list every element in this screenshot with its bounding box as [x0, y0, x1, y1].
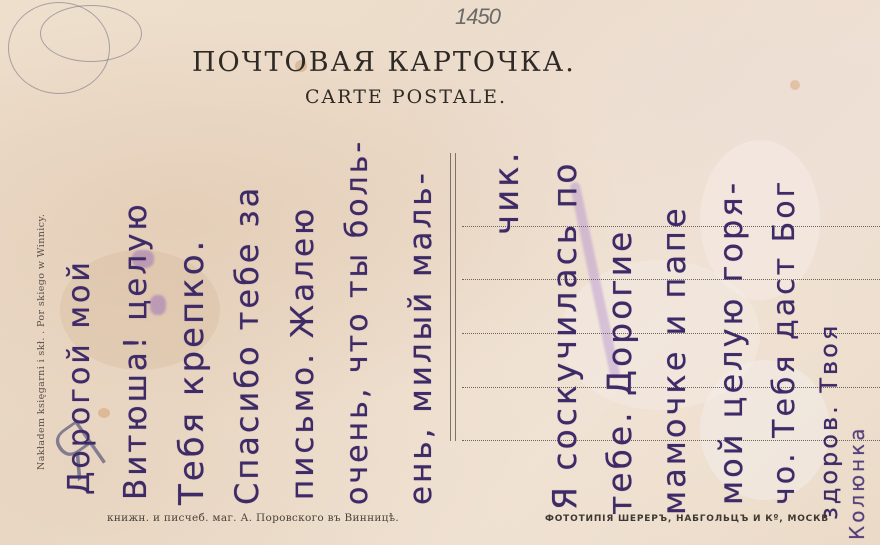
- postcard: Я 1450 ПОЧТОВАЯ КАРТОЧКА. CARTE POSTALE.…: [0, 0, 880, 545]
- handwriting-line: Витюша! целую: [118, 201, 154, 500]
- publisher-imprint: книжн. и писчеб. маг. А. Поровского въ В…: [107, 512, 399, 524]
- handwriting-line: Колюнка: [845, 426, 869, 540]
- side-imprint: Nakładem księgarni i skł. . Por skiego w…: [36, 214, 47, 470]
- handwriting-line: чо. Тебя даст Бог: [767, 179, 802, 505]
- handwriting-line: мамочке и папе: [655, 205, 693, 515]
- stain: [98, 408, 110, 418]
- phototype-imprint: ФОТОТИПІЯ ШЕРЕРЪ, НАБГОЛЬЦЪ И Кº, МОСКВ: [545, 514, 829, 524]
- postcard-subtitle: CARTE POSTALE.: [305, 86, 507, 108]
- handwriting-line: здоров. Твоя: [815, 323, 843, 520]
- stain: [790, 80, 800, 90]
- handwriting-line: Тебя крепко.: [172, 238, 212, 505]
- handwriting-line: Я соскучилась по: [545, 161, 584, 510]
- handwriting-line: Дорогой мой: [62, 259, 97, 495]
- handwriting-line: очень, что ты боль-: [340, 139, 375, 505]
- handwriting-line: письмо. Жалею: [285, 206, 321, 500]
- handwriting-line: тебе. Дорогие: [600, 229, 639, 515]
- postcard-title: ПОЧТОВАЯ КАРТОЧКА.: [192, 47, 682, 78]
- message-address-divider: [450, 153, 456, 441]
- handwriting-line: ень, милый маль-: [403, 170, 439, 505]
- handwriting-line: Спасибо тебе за: [228, 185, 266, 505]
- archive-number: 1450: [455, 4, 500, 30]
- pencil-circle-mark: [40, 5, 142, 62]
- handwriting-line: мой целую горя-: [712, 180, 750, 505]
- handwriting-line: чик.: [487, 149, 527, 235]
